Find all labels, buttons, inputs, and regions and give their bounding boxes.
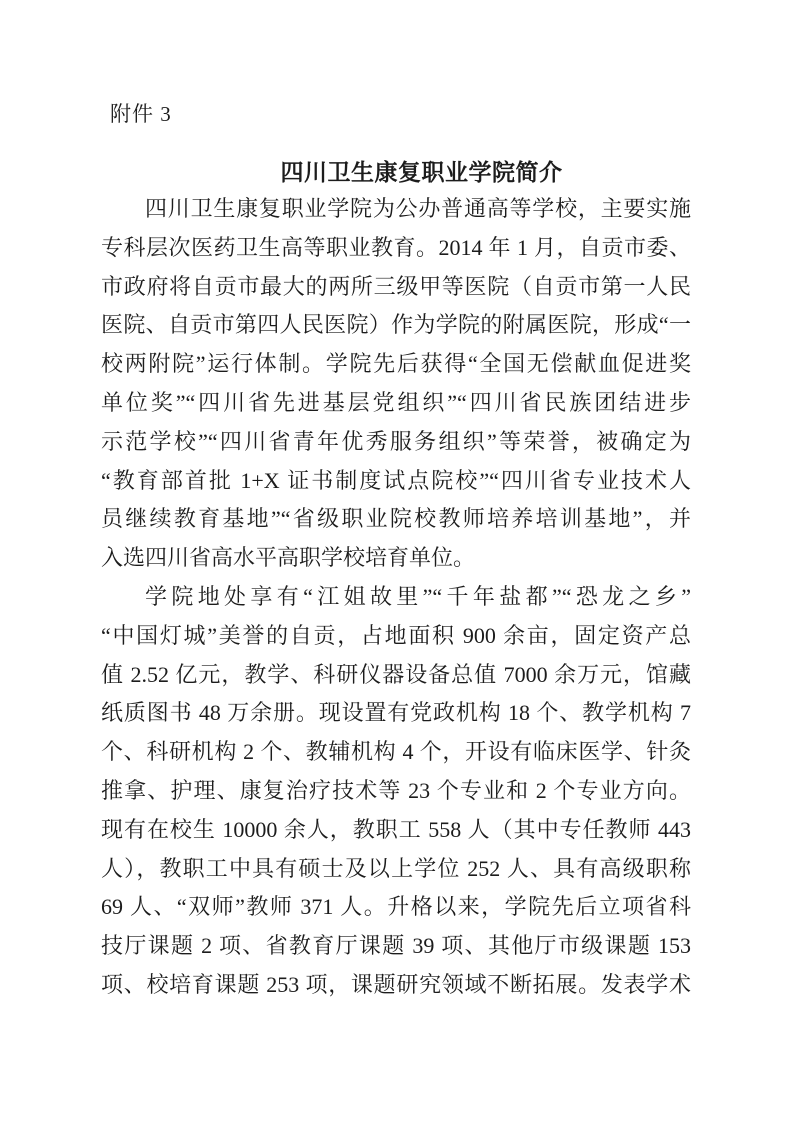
text-line: “中国灯城”美誉的自贡，占地面积 900 余亩，固定资产总 — [101, 617, 691, 656]
text-line: 市政府将自贡市最大的两所三级甲等医院（自贡市第一人民 — [101, 268, 691, 307]
paragraph: 四川卫生康复职业学院为公办普通高等学校，主要实施 专科层次医药卫生高等职业教育。… — [101, 190, 691, 578]
document-page: 附件 3 四川卫生康复职业学院简介 四川卫生康复职业学院为公办普通高等学校，主要… — [0, 0, 793, 1122]
text-line: 现有在校生 10000 余人，教职工 558 人（其中专任教师 443 — [101, 811, 691, 850]
text-line: “教育部首批 1+X 证书制度试点院校”“四川省专业技术人 — [101, 462, 691, 501]
text-line: 值 2.52 亿元，教学、科研仪器设备总值 7000 余万元，馆藏 — [101, 656, 691, 695]
attachment-label: 附件 3 — [110, 101, 172, 128]
paragraph: 学院地处享有“江姐故里”“千年盐都”“恐龙之乡” “中国灯城”美誉的自贡，占地面… — [101, 578, 691, 1005]
text-line: 推拿、护理、康复治疗技术等 23 个专业和 2 个专业方向。 — [101, 772, 691, 811]
text-line: 人），教职工中具有硕士及以上学位 252 人、具有高级职称 — [101, 850, 691, 889]
text-line: 专科层次医药卫生高等职业教育。2014 年 1 月，自贡市委、 — [101, 229, 691, 268]
document-body: 四川卫生康复职业学院为公办普通高等学校，主要实施 专科层次医药卫生高等职业教育。… — [101, 190, 691, 1005]
text-line: 示范学校”“四川省青年优秀服务组织”等荣誉，被确定为 — [101, 423, 691, 462]
text-line: 学院地处享有“江姐故里”“千年盐都”“恐龙之乡” — [101, 578, 691, 617]
text-line: 入选四川省高水平高职学校培育单位。 — [101, 539, 691, 578]
text-line: 校两附院”运行体制。学院先后获得“全国无偿献血促进奖 — [101, 345, 691, 384]
text-line: 纸质图书 48 万余册。现设置有党政机构 18 个、教学机构 7 — [101, 694, 691, 733]
text-line: 69 人、“双师”教师 371 人。升格以来，学院先后立项省科 — [101, 888, 691, 927]
text-line: 技厅课题 2 项、省教育厅课题 39 项、其他厅市级课题 153 — [101, 927, 691, 966]
text-line: 医院、自贡市第四人民医院）作为学院的附属医院，形成“一 — [101, 306, 691, 345]
text-line: 员继续教育基地”“省级职业院校教师培养培训基地”，并 — [101, 500, 691, 539]
text-line: 单位奖”“四川省先进基层党组织”“四川省民族团结进步 — [101, 384, 691, 423]
text-line: 四川卫生康复职业学院为公办普通高等学校，主要实施 — [101, 190, 691, 229]
text-line: 项、校培育课题 253 项，课题研究领域不断拓展。发表学术 — [101, 966, 691, 1005]
document-title: 四川卫生康复职业学院简介 — [0, 157, 793, 189]
text-line: 个、科研机构 2 个、教辅机构 4 个，开设有临床医学、针灸 — [101, 733, 691, 772]
